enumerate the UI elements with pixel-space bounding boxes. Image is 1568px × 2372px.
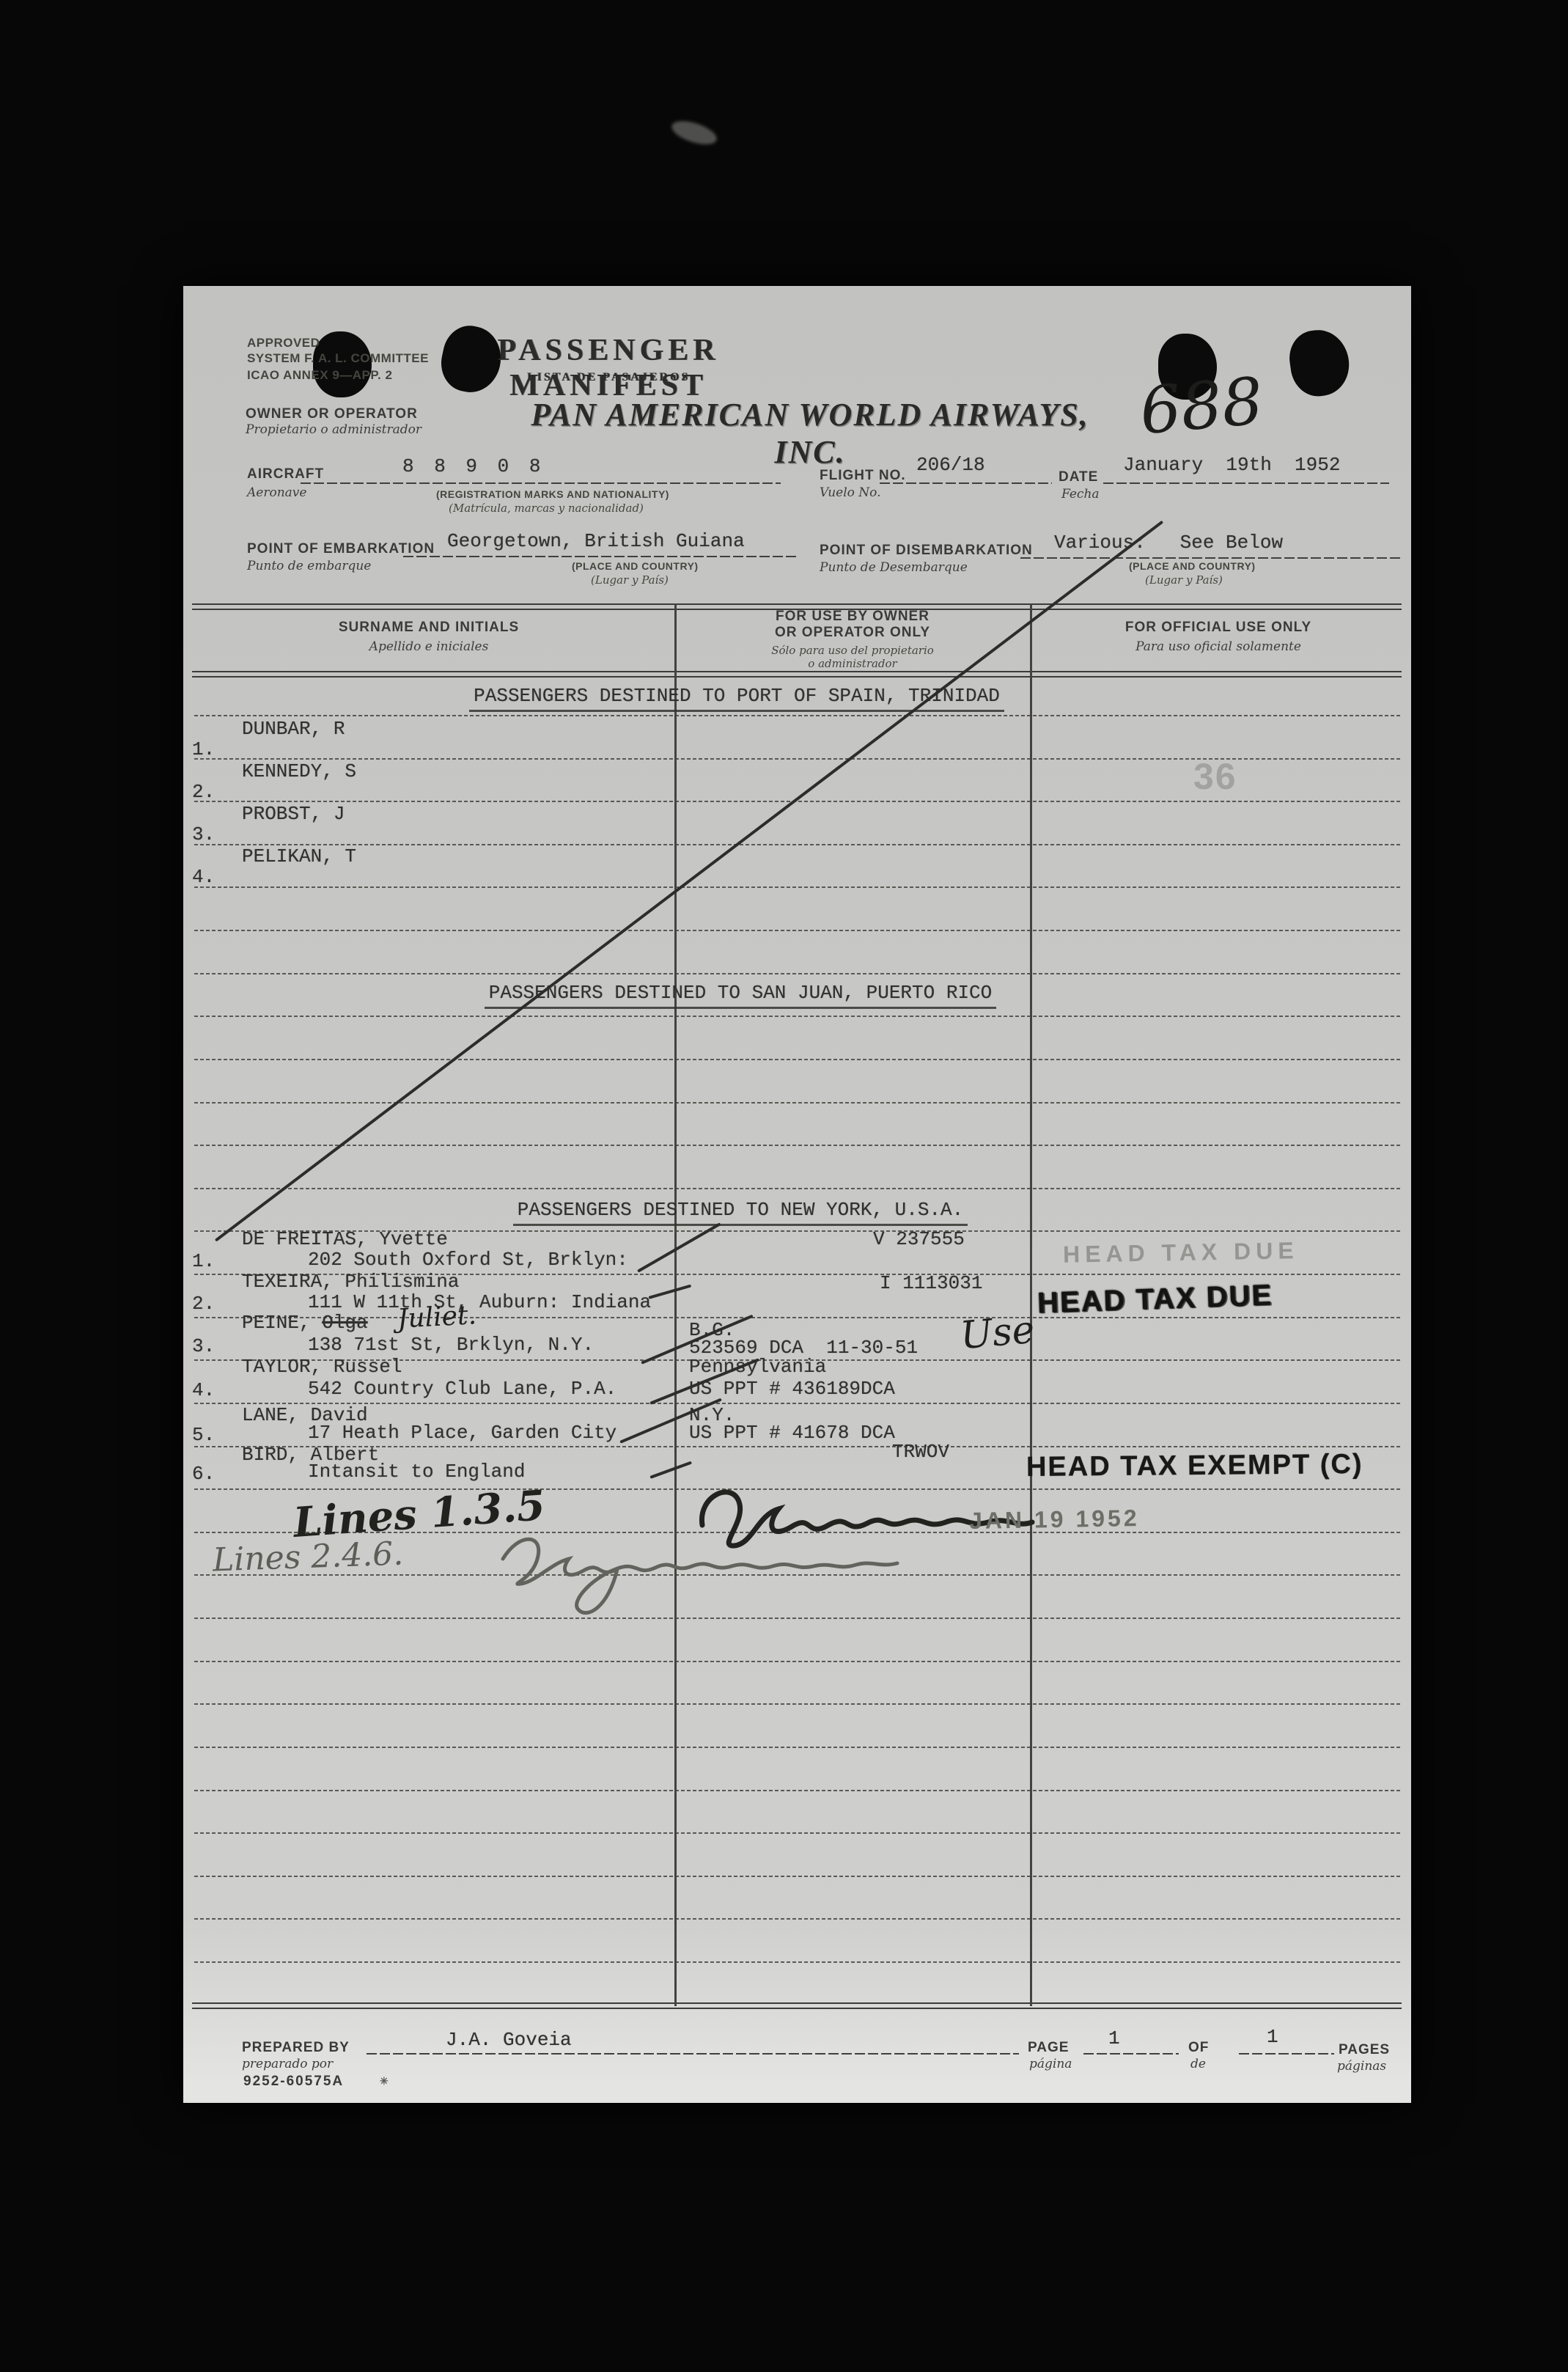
head-tax-exempt-stamp: HEAD TAX EXEMPT (C) bbox=[1026, 1449, 1363, 1483]
ruled-line bbox=[194, 1016, 1400, 1017]
airline-wordmark: PAN AMERICAN WORLD AIRWAYS, INC. bbox=[506, 396, 1114, 471]
row-number: 4. bbox=[192, 1380, 215, 1402]
flight-label: FLIGHT NO. bbox=[820, 468, 906, 484]
date-label-es: Fecha bbox=[1061, 487, 1100, 502]
aircraft-value: 8 8 9 0 8 bbox=[402, 456, 545, 478]
owner-operator-label: OWNER OR OPERATOR bbox=[246, 406, 418, 422]
punch-hole bbox=[1286, 326, 1353, 400]
ruled-line bbox=[194, 1403, 1400, 1404]
col-owner-header: FOR USE BY OWNER bbox=[676, 609, 1029, 625]
disembarkation-label-es: Punto de Desembarque bbox=[820, 560, 968, 575]
table-header-rule bbox=[192, 671, 1402, 678]
ruled-line bbox=[194, 801, 1400, 802]
checkmark-stroke bbox=[648, 1285, 691, 1299]
manifest-paper: APPROVED SYSTEM F. A. L. COMMITTEE ICAO … bbox=[183, 286, 1411, 2103]
aircraft-label: AIRCRAFT bbox=[247, 466, 324, 482]
row-number: 1. bbox=[192, 1251, 215, 1273]
owner-col-value2: US PPT # 436189DCA bbox=[689, 1378, 895, 1400]
row-number: 3. bbox=[192, 1336, 215, 1358]
ruled-line bbox=[194, 1059, 1400, 1060]
embarkation-underline bbox=[403, 556, 799, 557]
inspector-signature-scribble bbox=[498, 1527, 909, 1622]
flight-label-es: Vuelo No. bbox=[820, 485, 881, 500]
ruled-line bbox=[194, 1317, 1400, 1318]
place-country-note-es: (Lugar y País) bbox=[1145, 573, 1223, 587]
date-received-stamp: JAN 19 1952 bbox=[969, 1505, 1140, 1535]
row-number: 5. bbox=[192, 1425, 215, 1447]
form-number: 9252-60575A bbox=[243, 2074, 344, 2090]
passenger-name: PEINE, Olga bbox=[242, 1312, 368, 1334]
section-heading-new-york: PASSENGERS DESTINED TO NEW YORK, U.S.A. bbox=[440, 1200, 1041, 1222]
of-label: OF bbox=[1188, 2040, 1209, 2056]
prepared-underline bbox=[367, 2053, 1019, 2055]
ruled-line bbox=[194, 1876, 1400, 1877]
embarkation-label-es: Punto de embarque bbox=[247, 559, 371, 573]
row-number: 6. bbox=[192, 1464, 215, 1486]
passenger-address: 17 Heath Place, Garden City bbox=[308, 1422, 616, 1444]
prepared-by-label: PREPARED BY bbox=[242, 2040, 350, 2056]
ruled-line bbox=[194, 1747, 1400, 1748]
section-heading-trinidad: PASSENGERS DESTINED TO PORT OF SPAIN, TR… bbox=[425, 686, 1048, 708]
printers-mark: ✳ bbox=[380, 2075, 389, 2088]
column-divider bbox=[1030, 603, 1032, 2006]
flight-underline bbox=[880, 482, 1052, 484]
ruled-line bbox=[194, 1145, 1400, 1146]
row-number: 4. bbox=[192, 867, 215, 889]
ruled-line bbox=[194, 715, 1400, 716]
checkmark-stroke bbox=[649, 1461, 692, 1479]
col-official-header: FOR OFFICIAL USE ONLY bbox=[1031, 620, 1405, 636]
page-label: PAGE bbox=[1028, 2040, 1069, 2056]
owner-col-value: V 237555 bbox=[873, 1229, 965, 1251]
head-tax-due-stamp: HEAD TAX DUE bbox=[1037, 1279, 1273, 1320]
passenger-name: TEXEIRA, Philismina bbox=[242, 1271, 459, 1293]
passenger-name: TAYLOR, Russel bbox=[242, 1356, 402, 1378]
passenger-address: 111 W 11th St, Auburn: Indiana bbox=[308, 1292, 651, 1314]
owner-col-value: I 1113031 bbox=[880, 1273, 982, 1295]
aircraft-label-es: Aeronave bbox=[247, 485, 306, 500]
struck-name: Olga bbox=[322, 1312, 367, 1334]
page-subtitle: LISTA DE PASAJEROS bbox=[411, 371, 806, 384]
passenger-name: KENNEDY, S bbox=[242, 761, 356, 783]
scanned-manifest-page: APPROVED SYSTEM F. A. L. COMMITTEE ICAO … bbox=[0, 0, 1568, 2372]
row-number: 2. bbox=[192, 782, 215, 804]
passenger-address: 542 Country Club Lane, P.A. bbox=[308, 1378, 616, 1400]
handwritten-number: 688 bbox=[1137, 363, 1266, 449]
col-surname-header-es: Apellido e iniciales bbox=[183, 639, 674, 654]
head-tax-due-stamp: HEAD TAX DUE bbox=[1063, 1237, 1299, 1268]
aircraft-underline bbox=[301, 482, 781, 484]
ruled-line bbox=[194, 886, 1400, 888]
page-title: PASSENGER MANIFEST bbox=[411, 333, 806, 403]
ruled-line bbox=[194, 1918, 1400, 1920]
prepared-by-label-es: preparado por bbox=[242, 2057, 333, 2071]
passenger-name: DE FREITAS, Yvette bbox=[242, 1229, 448, 1251]
flight-value: 206/18 bbox=[916, 455, 985, 477]
row-number: 2. bbox=[192, 1293, 215, 1315]
ruled-line bbox=[194, 1790, 1400, 1791]
pages-label: PAGES bbox=[1339, 2042, 1390, 2058]
table-bottom-rule bbox=[192, 2002, 1402, 2009]
approved-line: SYSTEM F. A. L. COMMITTEE bbox=[247, 351, 429, 366]
handwritten-name-correction: Juliet. bbox=[397, 1300, 477, 1334]
row-number: 1. bbox=[192, 739, 215, 761]
approved-line: APPROVED bbox=[247, 336, 320, 350]
ruled-line bbox=[194, 1703, 1400, 1705]
page-value: 1 bbox=[1108, 2028, 1120, 2050]
page-label-es: página bbox=[1029, 2057, 1072, 2071]
ruled-line bbox=[194, 1832, 1400, 1834]
passenger-address: 138 71st St, Brklyn, N.Y. bbox=[308, 1334, 594, 1356]
owner-operator-label-es: Propietario o administrador bbox=[246, 422, 422, 437]
passenger-address: 202 South Oxford St, Brklyn: bbox=[308, 1249, 628, 1271]
owner-col-value: TRWOV bbox=[892, 1442, 949, 1464]
passenger-name: PELIKAN, T bbox=[242, 846, 356, 868]
registration-note: (REGISTRATION MARKS AND NATIONALITY) bbox=[436, 488, 669, 500]
disembarkation-underline bbox=[1020, 557, 1400, 559]
scanner-smudge bbox=[669, 117, 720, 150]
approved-line: ICAO ANNEX 9—APP. 2 bbox=[247, 368, 392, 383]
date-label: DATE bbox=[1059, 469, 1098, 485]
place-country-note-es: (Lugar y País) bbox=[591, 573, 669, 587]
page-number-stamp: 36 bbox=[1193, 755, 1237, 798]
col-owner-header-es: Sólo para uso del propietario bbox=[676, 644, 1029, 657]
date-value: January 19th 1952 bbox=[1123, 455, 1340, 477]
place-country-note: (PLACE AND COUNTRY) bbox=[1129, 560, 1256, 572]
owner-col-value2: US PPT # 41678 DCA bbox=[689, 1422, 895, 1444]
embarkation-label: POINT OF EMBARKATION bbox=[247, 541, 435, 557]
ruled-line bbox=[194, 844, 1400, 845]
date-underline bbox=[1103, 482, 1389, 484]
of-label-es: de bbox=[1190, 2057, 1206, 2071]
of-total-value: 1 bbox=[1267, 2027, 1278, 2049]
page-underline bbox=[1083, 2053, 1179, 2055]
ruled-line bbox=[194, 1661, 1400, 1662]
col-official-header-es: Para uso oficial solamente bbox=[1031, 639, 1405, 654]
passenger-address: Intansit to England bbox=[308, 1461, 525, 1483]
handwritten-use-note: Use bbox=[959, 1308, 1037, 1359]
ruled-line bbox=[194, 1102, 1400, 1104]
embarkation-value: Georgetown, British Guiana bbox=[447, 531, 745, 553]
ruled-line bbox=[194, 973, 1400, 974]
disembarkation-value: Various: See Below bbox=[1054, 532, 1283, 554]
ruled-line bbox=[194, 930, 1400, 931]
handwritten-lines-note: Lines 2.4.6. bbox=[212, 1535, 404, 1579]
prepared-by-value: J.A. Goveia bbox=[446, 2030, 572, 2052]
row-number: 3. bbox=[192, 824, 215, 846]
column-divider bbox=[674, 603, 677, 2006]
ruled-line bbox=[194, 1188, 1400, 1189]
disembarkation-label: POINT OF DISEMBARKATION bbox=[820, 543, 1033, 559]
passenger-name: DUNBAR, R bbox=[242, 719, 345, 741]
col-owner-header: OR OPERATOR ONLY bbox=[676, 625, 1029, 641]
col-surname-header: SURNAME AND INITIALS bbox=[183, 620, 674, 636]
pages-label-es: páginas bbox=[1337, 2059, 1386, 2074]
passenger-name: PROBST, J bbox=[242, 804, 345, 826]
registration-note-es: (Matrícula, marcas y nacionalidad) bbox=[449, 502, 644, 515]
ruled-line bbox=[194, 1961, 1400, 1963]
of-underline bbox=[1239, 2053, 1334, 2055]
place-country-note: (PLACE AND COUNTRY) bbox=[572, 560, 699, 572]
